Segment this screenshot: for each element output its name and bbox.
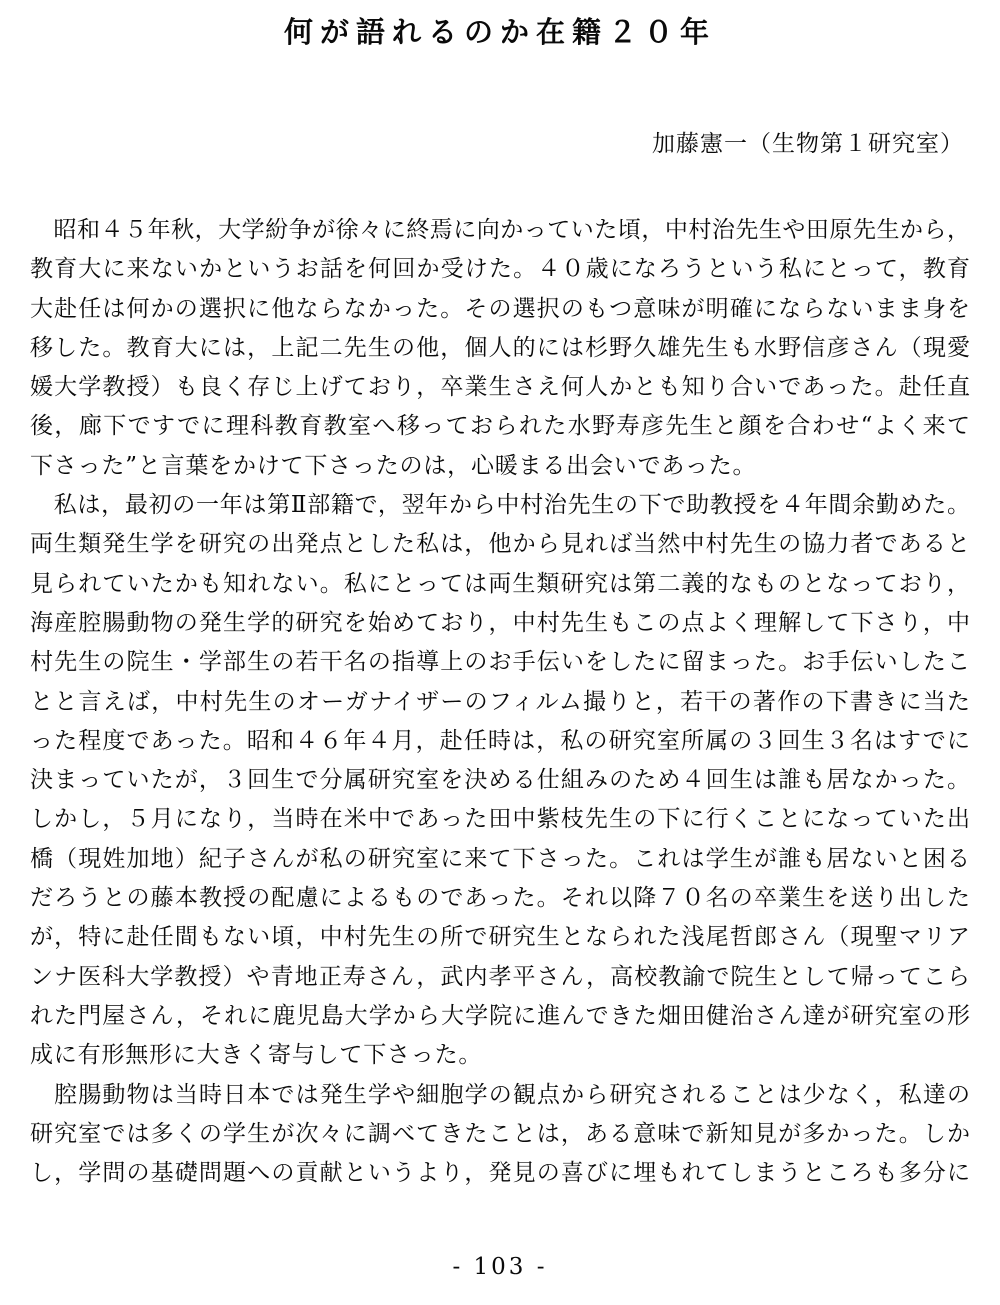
author-line: 加藤憲一（生物第１研究室）	[652, 128, 964, 160]
text-line: しかし，５月になり，当時在米中であった田中紫枝先生の下に行くことになっていた出	[30, 800, 970, 839]
text-line: 腔腸動物は当時日本では発生学や細胞学の観点から研究されることは少なく，私達の	[30, 1076, 970, 1115]
text-line: 後，廊下ですでに理科教育教室へ移っておられた水野寿彦先生と顔を合わせ“よく来て	[30, 407, 970, 446]
text-line: 私は，最初の一年は第Ⅱ部籍で，翌年から中村治先生の下で助教授を４年間余勤めた。	[30, 486, 970, 525]
page-number: - 103 -	[0, 1254, 1000, 1280]
paragraph: 私は，最初の一年は第Ⅱ部籍で，翌年から中村治先生の下で助教授を４年間余勤めた。両…	[30, 486, 970, 1075]
text-line: 教育大に来ないかというお話を何回か受けた。４０歳になろうという私にとって，教育	[30, 250, 970, 289]
document-title: 何が語れるのか在籍２０年	[0, 12, 1000, 52]
document-page: 何が語れるのか在籍２０年 加藤憲一（生物第１研究室） 昭和４５年秋，大学紛争が徐…	[0, 0, 1000, 1305]
text-line: 成に有形無形に大きく寄与して下さった。	[30, 1036, 970, 1075]
text-line: が，特に赴任間もない頃，中村先生の所で研究生となられた浅尾哲郎さん（現聖マリア	[30, 918, 970, 957]
text-line: 海産腔腸動物の発生学的研究を始めており，中村先生もこの点よく理解して下さり，中	[30, 604, 970, 643]
text-line: とと言えば，中村先生のオーガナイザーのフィルム撮りと，若干の著作の下書きに当た	[30, 683, 970, 722]
text-line: 昭和４５年秋，大学紛争が徐々に終焉に向かっていた頃，中村治先生や田原先生から，	[30, 211, 970, 250]
text-line: ンナ医科大学教授）や青地正寿さん，武内孝平さん，高校教諭で院生として帰ってこら	[30, 958, 970, 997]
text-line: った程度であった。昭和４６年４月，赴任時は，私の研究室所属の３回生３名はすでに	[30, 722, 970, 761]
text-line: 見られていたかも知れない。私にとっては両生類研究は第二義的なものとなっており，	[30, 565, 970, 604]
document-body: 昭和４５年秋，大学紛争が徐々に終焉に向かっていた頃，中村治先生や田原先生から，教…	[30, 211, 970, 1193]
text-line: 移した。教育大には，上記二先生の他，個人的には杉野久雄先生も水野信彦さん（現愛	[30, 329, 970, 368]
text-line: 両生類発生学を研究の出発点とした私は，他から見れば当然中村先生の協力者であると	[30, 525, 970, 564]
paragraph: 腔腸動物は当時日本では発生学や細胞学の観点から研究されることは少なく，私達の研究…	[30, 1076, 970, 1194]
text-line: れた門屋さん，それに鹿児島大学から大学院に進んできた畑田健治さん達が研究室の形	[30, 997, 970, 1036]
text-line: 研究室では多くの学生が次々に調べてきたことは，ある意味で新知見が多かった。しか	[30, 1115, 970, 1154]
text-line: 橋（現姓加地）紀子さんが私の研究室に来て下さった。これは学生が誰も居ないと困る	[30, 840, 970, 879]
text-line: 大赴任は何かの選択に他ならなかった。その選択のもつ意味が明確にならないまま身を	[30, 290, 970, 329]
text-line: だろうとの藤本教授の配慮によるものであった。それ以降７０名の卒業生を送り出した	[30, 879, 970, 918]
text-line: 村先生の院生・学部生の若干名の指導上のお手伝いをしたに留まった。お手伝いしたこ	[30, 643, 970, 682]
text-line: 下さった”と言葉をかけて下さったのは，心暖まる出会いであった。	[30, 447, 970, 486]
text-line: し，学問の基礎問題への貢献というより，発見の喜びに埋もれてしまうところも多分に	[30, 1154, 970, 1193]
text-line: 媛大学教授）も良く存じ上げており，卒業生さえ何人かとも知り合いであった。赴任直	[30, 368, 970, 407]
paragraph: 昭和４５年秋，大学紛争が徐々に終焉に向かっていた頃，中村治先生や田原先生から，教…	[30, 211, 970, 486]
text-line: 決まっていたが，３回生で分属研究室を決める仕組みのため４回生は誰も居なかった。	[30, 761, 970, 800]
